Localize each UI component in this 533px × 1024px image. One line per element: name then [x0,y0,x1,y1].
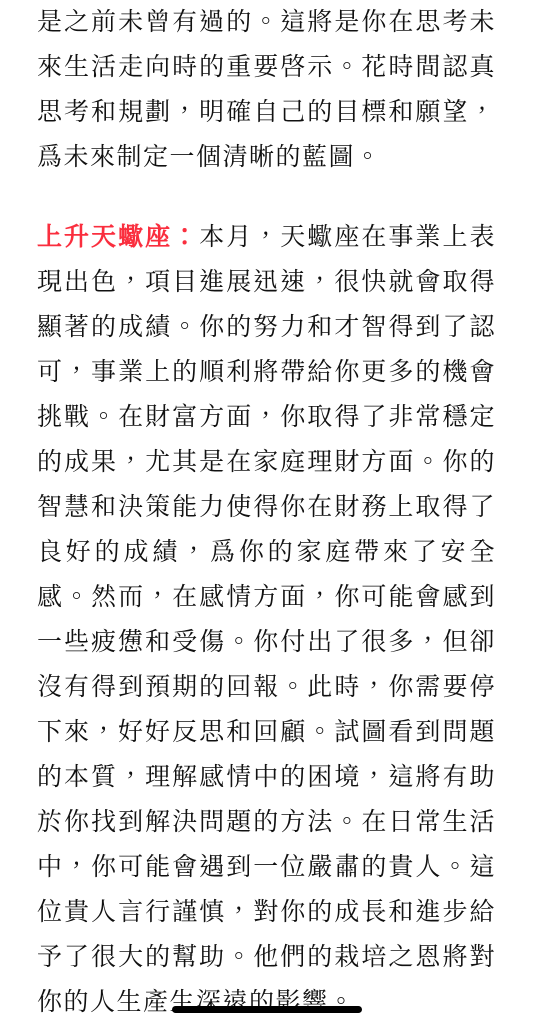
paragraph-intro-text: 是之前未曾有過的。這將是你在思考未來生活走向時的重要啓示。花時間認真思考和規劃，… [37,8,496,171]
paragraph-intro: 是之前未曾有過的。這將是你在思考未來生活走向時的重要啓示。花時間認真思考和規劃，… [37,0,496,180]
home-indicator[interactable] [172,1006,362,1013]
paragraph-rising-scorpio-text: 本月，天蠍座在事業上表現出色，項目進展迅速，很快就會取得顯著的成績。你的努力和才… [37,223,496,1016]
document-page: 是之前未曾有過的。這將是你在思考未來生活走向時的重要啓示。花時間認真思考和規劃，… [0,0,533,1024]
paragraph-rising-scorpio: 上升天蠍座：本月，天蠍座在事業上表現出色，項目進展迅速，很快就會取得顯著的成績。… [37,215,496,1024]
horoscope-article: 是之前未曾有過的。這將是你在思考未來生活走向時的重要啓示。花時間認真思考和規劃，… [37,0,496,1024]
section-lead-rising-scorpio: 上升天蠍座： [37,223,199,251]
